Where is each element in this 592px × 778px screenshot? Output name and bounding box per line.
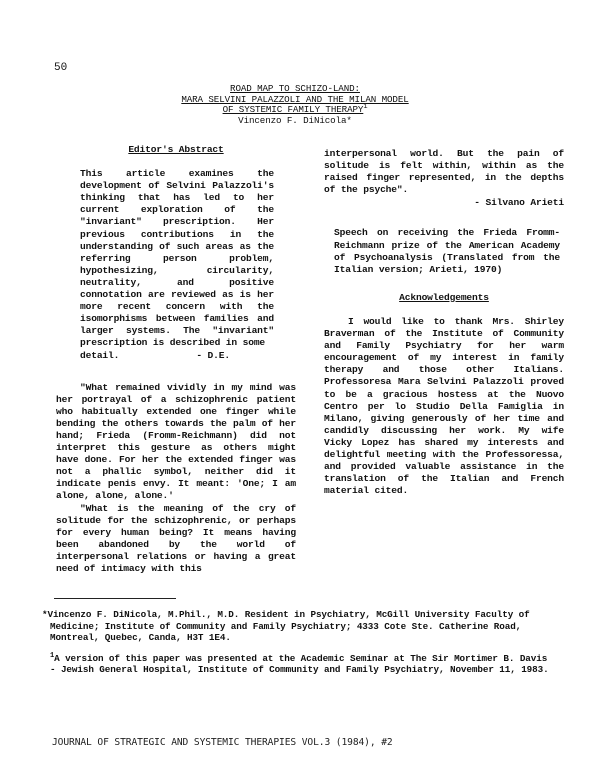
- acknowledgements-text: I would like to thank Mrs. Shirley Brave…: [324, 316, 564, 497]
- footnote-1-text: A version of this paper was presented at…: [50, 653, 549, 676]
- right-column: interpersonal world. But the pain of sol…: [324, 148, 564, 497]
- epigraph-paragraph-2: "What is the meaning of the cry of solit…: [56, 503, 296, 576]
- epigraph-paragraph-1: "What remained vividly in my mind was he…: [56, 382, 296, 503]
- article-author: Vincenzo F. DiNicola*: [150, 116, 440, 127]
- title-line-1: ROAD MAP TO SCHIZO-LAND:: [150, 84, 440, 95]
- footnote-1: 1A version of this paper was presented a…: [42, 653, 552, 676]
- author-footnote: *Vincenzo F. DiNicola, M.Phil., M.D. Res…: [42, 609, 552, 644]
- epigraph-attribution: - Silvano Arieti: [324, 197, 564, 209]
- acknowledgements-heading: Acknowledgements: [324, 292, 564, 304]
- footnote-separator: [54, 598, 176, 599]
- abstract-heading: Editor's Abstract: [56, 144, 296, 156]
- journal-footer: JOURNAL OF STRATEGIC AND SYSTEMIC THERAP…: [52, 737, 393, 748]
- article-title-block: ROAD MAP TO SCHIZO-LAND: MARA SELVINI PA…: [150, 84, 440, 126]
- abstract-text: This article examines the development of…: [80, 168, 274, 349]
- abstract-signature-line: detail. - D.E.: [80, 350, 274, 362]
- left-column: Editor's Abstract This article examines …: [56, 144, 296, 575]
- title-footnote-marker: 1: [363, 103, 367, 111]
- epigraph-continued: interpersonal world. But the pain of sol…: [324, 148, 564, 196]
- page-number: 50: [54, 62, 67, 74]
- title-line-3-text: OF SYSTEMIC FAMILY THERAPY: [223, 104, 364, 115]
- abstract-last-word: detail.: [80, 350, 119, 362]
- editors-abstract: This article examines the development of…: [80, 168, 274, 362]
- abstract-signature: - D.E.: [196, 350, 230, 362]
- title-line-3: OF SYSTEMIC FAMILY THERAPY1: [150, 105, 440, 116]
- epigraph-source: Speech on receiving the Frieda Fromm-Rei…: [334, 227, 560, 275]
- footnotes: *Vincenzo F. DiNicola, M.Phil., M.D. Res…: [42, 609, 552, 685]
